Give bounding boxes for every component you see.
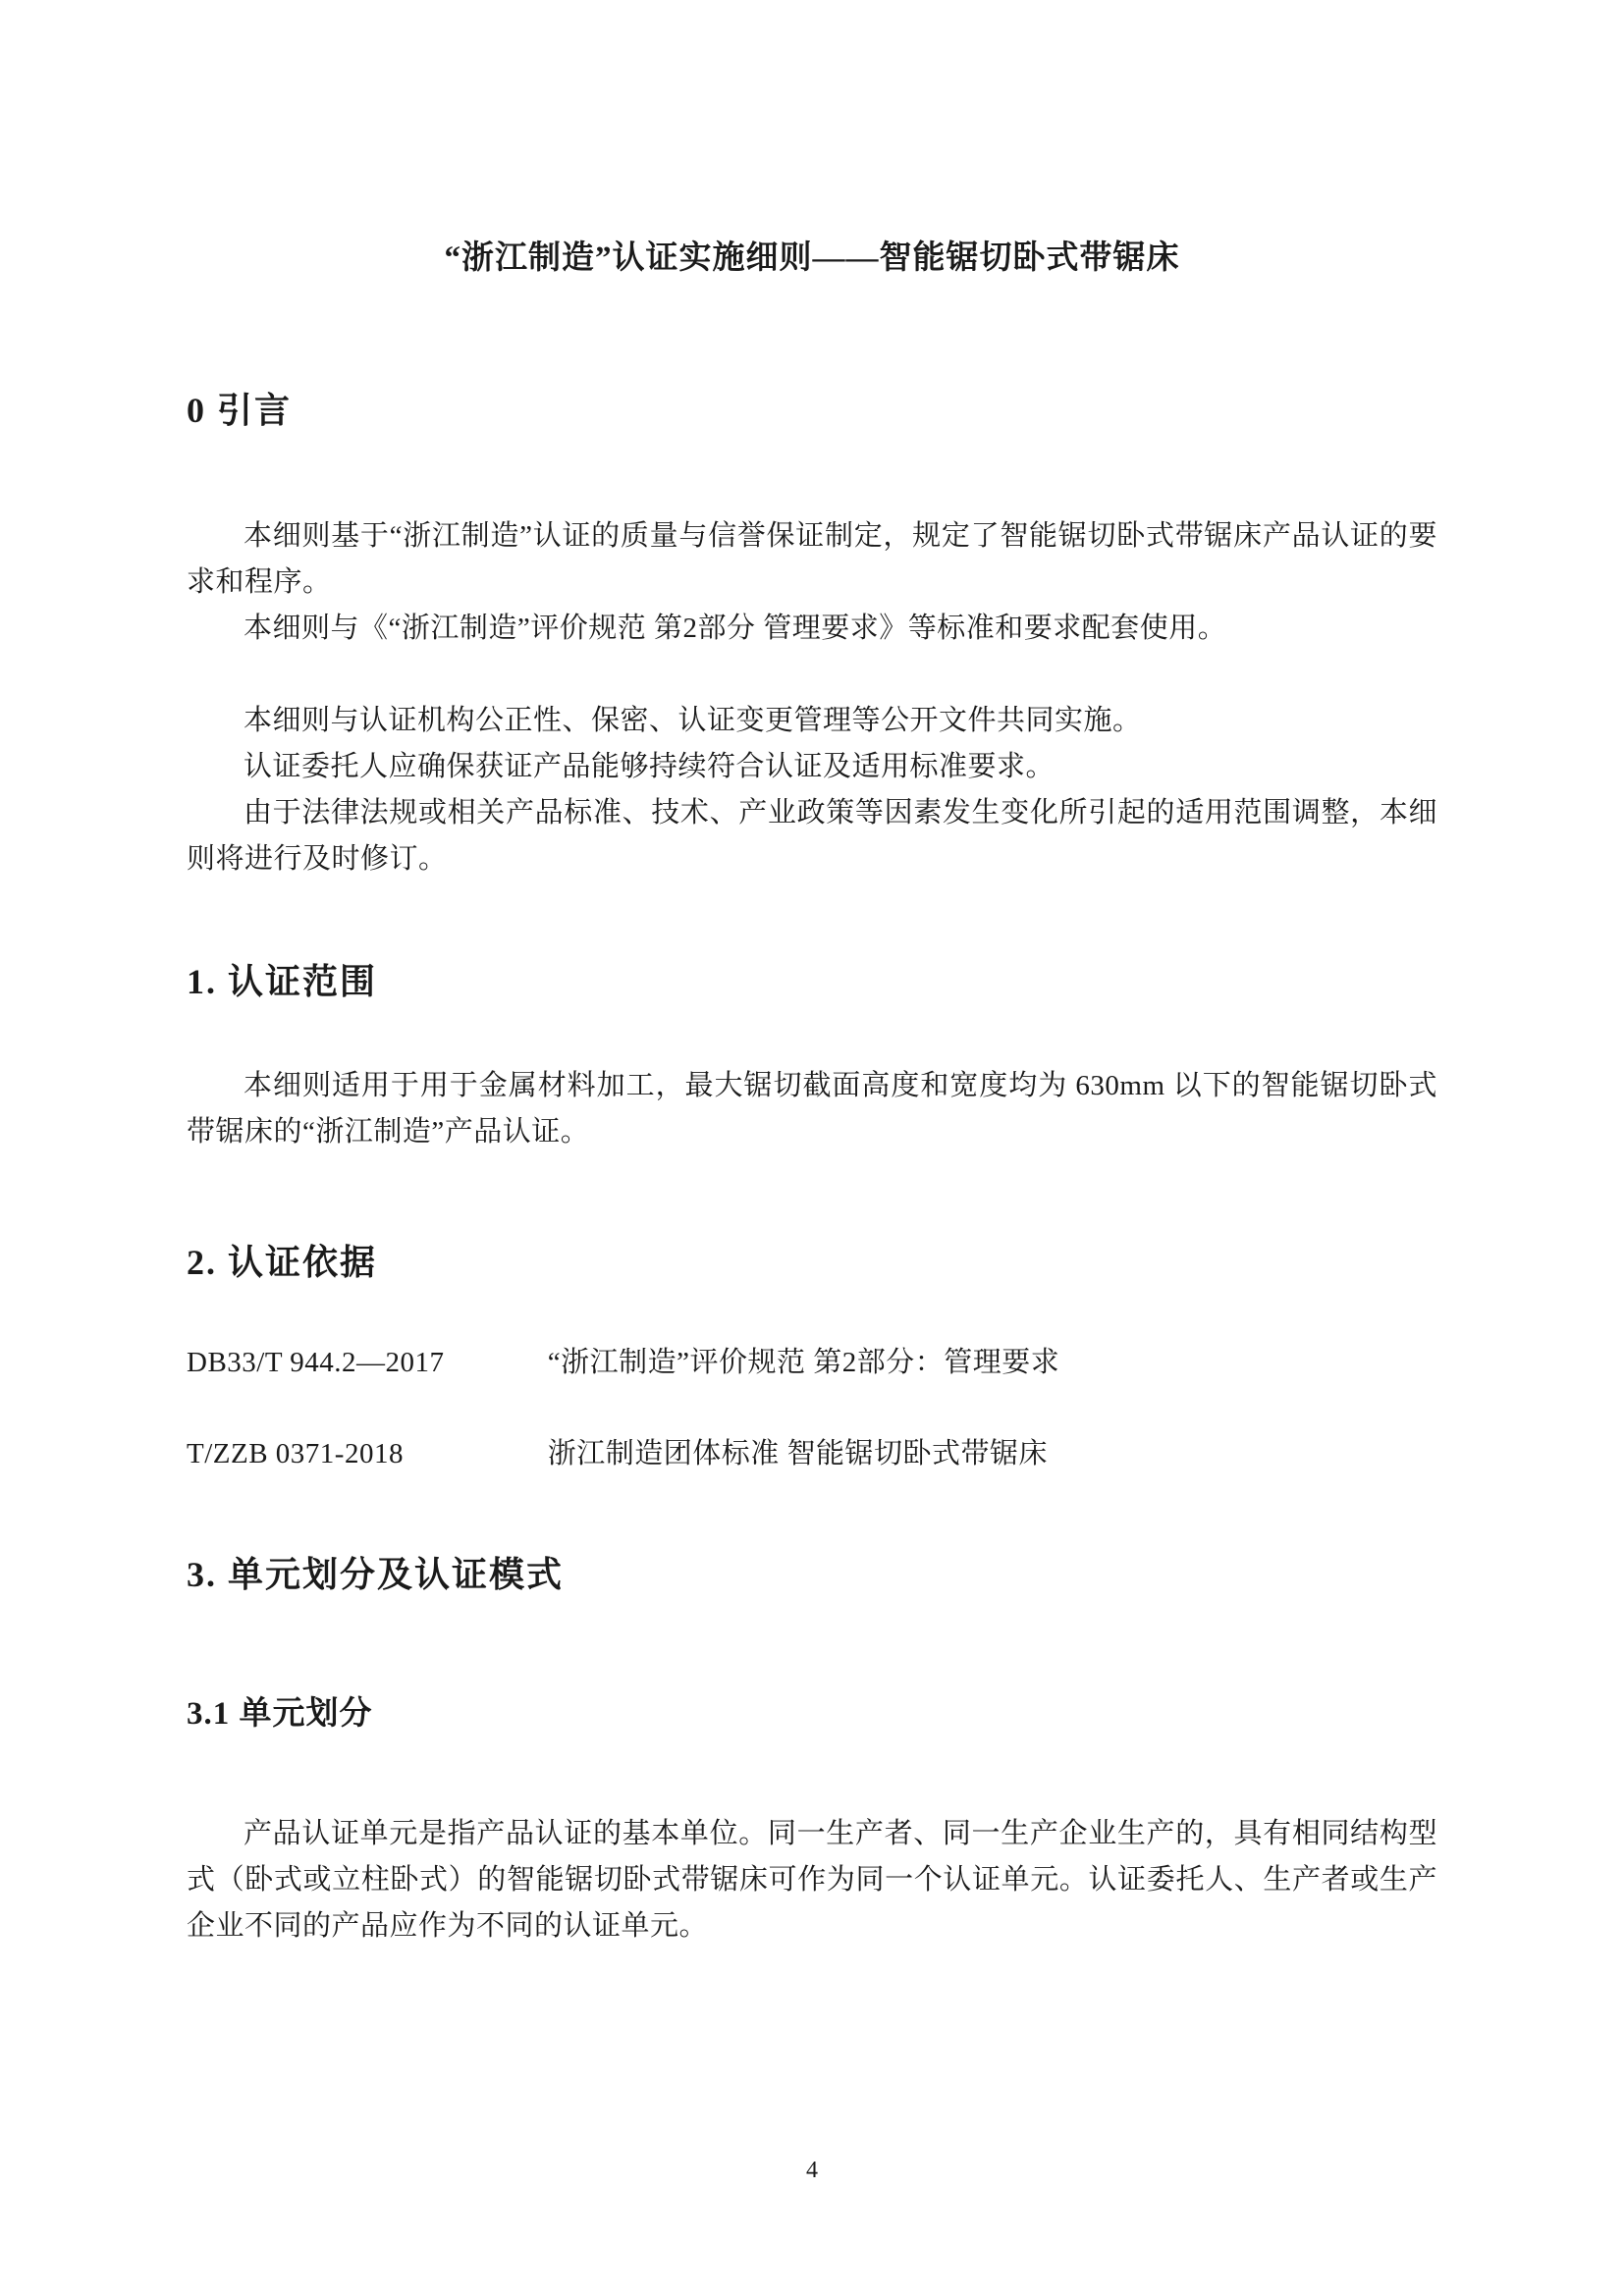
scope-paragraph: 本细则适用于用于金属材料加工，最大锯切截面高度和宽度均为 630mm 以下的智能… [187, 1063, 1437, 1155]
section-heading-introduction: 0 引言 [187, 388, 1437, 433]
standard-code: T/ZZB 0371-2018 [187, 1431, 540, 1477]
intro-paragraph-basis: 本细则基于“浙江制造”认证的质量与信誉保证制定，规定了智能锯切卧式带锯床产品认证… [187, 513, 1437, 606]
basis-standard-item: DB33/T 944.2—2017 “浙江制造”评价规范 第2部分：管理要求 [187, 1340, 1437, 1386]
intro-paragraph-public-documents: 本细则与认证机构公正性、保密、认证变更管理等公开文件共同实施。 [187, 698, 1437, 744]
page-number: 4 [0, 2156, 1624, 2185]
standard-name: “浙江制造”评价规范 第2部分：管理要求 [548, 1347, 1060, 1378]
intro-paragraph-companion-standards: 本细则与《“浙江制造”评价规范 第2部分 管理要求》等标准和要求配套使用。 [187, 606, 1437, 652]
unit-division-paragraph: 产品认证单元是指产品认证的基本单位。同一生产者、同一生产企业生产的，具有相同结构… [187, 1811, 1437, 1949]
standard-name: 浙江制造团体标准 智能锯切卧式带锯床 [548, 1438, 1048, 1469]
section-heading-unit-division-and-mode: 3. 单元划分及认证模式 [187, 1552, 1437, 1597]
intro-paragraph-revision: 由于法律法规或相关产品标准、技术、产业政策等因素发生变化所引起的适用范围调整，本… [187, 790, 1437, 882]
section-heading-certification-scope: 1. 认证范围 [187, 959, 1437, 1004]
standard-code: DB33/T 944.2—2017 [187, 1340, 540, 1386]
section-heading-certification-basis: 2. 认证依据 [187, 1240, 1437, 1285]
document-title: “浙江制造”认证实施细则——智能锯切卧式带锯床 [187, 0, 1437, 278]
subsection-heading-unit-division: 3.1 单元划分 [187, 1691, 1437, 1736]
basis-standard-item: T/ZZB 0371-2018 浙江制造团体标准 智能锯切卧式带锯床 [187, 1431, 1437, 1477]
document-content: “浙江制造”认证实施细则——智能锯切卧式带锯床 0 引言 本细则基于“浙江制造”… [0, 0, 1624, 1949]
intro-paragraph-client-obligation: 认证委托人应确保获证产品能够持续符合认证及适用标准要求。 [187, 744, 1437, 790]
document-page: “浙江制造”认证实施细则——智能锯切卧式带锯床 0 引言 本细则基于“浙江制造”… [0, 0, 1624, 2296]
